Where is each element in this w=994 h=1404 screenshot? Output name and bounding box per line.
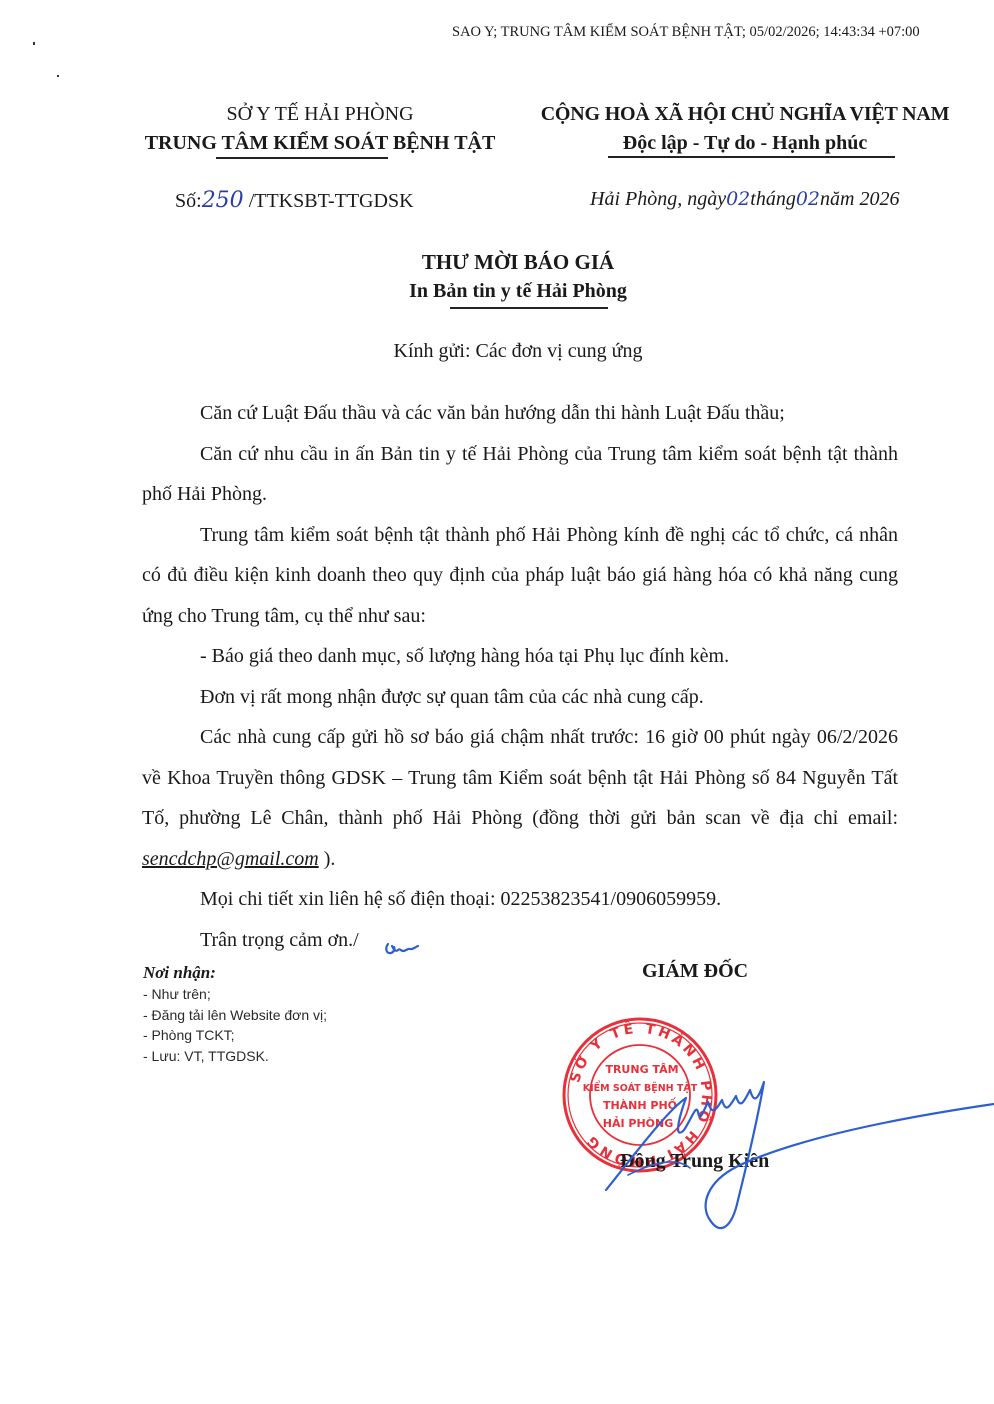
date-month-label: tháng <box>750 188 796 210</box>
department-name: SỞ Y TẾ HẢI PHÒNG <box>100 100 540 128</box>
reference-code: /TTKSBT-TTGDSK <box>249 190 414 212</box>
body-paragraph: Trân trọng cảm ơn./ <box>142 920 898 961</box>
body-paragraph: Mọi chi tiết xin liên hệ số điện thoại: … <box>142 879 898 920</box>
digital-copy-stamp: SAO Y; TRUNG TÂM KIỂM SOÁT BỆNH TẬT; 05/… <box>452 24 920 41</box>
body-paragraph: Căn cứ nhu cầu in ấn Bản tin y tế Hải Ph… <box>142 434 898 515</box>
scan-speck <box>33 42 35 45</box>
body-paragraph-submission: Các nhà cung cấp gửi hồ sơ báo giá chậm … <box>142 717 898 879</box>
scan-speck <box>57 75 59 77</box>
date-day: 02 <box>726 188 750 210</box>
submission-text-end: ). <box>319 848 336 870</box>
submission-text: Các nhà cung cấp gửi hồ sơ báo giá chậm … <box>142 726 898 829</box>
title-subtitle: In Bản tin y tế Hải Phòng <box>0 276 994 306</box>
issuer-underline <box>216 157 388 159</box>
recipient-item: - Đăng tải lên Website đơn vị; <box>143 1005 327 1026</box>
recipients-heading: Nơi nhận: <box>143 962 327 984</box>
recipient-item: - Như trên; <box>143 984 327 1005</box>
date-month: 02 <box>796 188 820 210</box>
issue-date: Hải Phòng, ngày02tháng02năm 2026 <box>590 188 899 211</box>
date-year: năm 2026 <box>820 188 899 210</box>
organization-name: TRUNG TÂM KIỂM SOÁT BỆNH TẬT <box>100 128 540 158</box>
body-paragraph: - Báo giá theo danh mục, số lượng hàng h… <box>142 636 898 677</box>
national-motto: Độc lập - Tự do - Hạnh phúc <box>520 128 970 158</box>
reference-prefix: Số: <box>175 190 202 212</box>
recipient-item: - Phòng TCKT; <box>143 1025 327 1046</box>
reference-number: 250 <box>202 188 244 213</box>
document-reference: Số:250 /TTKSBT-TTGDSK <box>175 188 414 213</box>
signer-position: GIÁM ĐỐC <box>642 960 748 983</box>
body-paragraph: Căn cứ Luật Đấu thầu và các văn bản hướn… <box>142 393 898 434</box>
national-header: CỘNG HOÀ XÃ HỘI CHỦ NGHĨA VIỆT NAM Độc l… <box>520 100 970 158</box>
letter-body: Căn cứ Luật Đấu thầu và các văn bản hướn… <box>142 393 898 960</box>
nation-name: CỘNG HOÀ XÃ HỘI CHỦ NGHĨA VIỆT NAM <box>520 100 970 128</box>
body-paragraph: Trung tâm kiểm soát bệnh tật thành phố H… <box>142 515 898 637</box>
motto-underline <box>608 156 895 158</box>
greeting: Kính gửi: Các đơn vị cung ứng <box>0 340 994 363</box>
email-link[interactable]: sencdchp@gmail.com <box>142 848 319 870</box>
handwritten-signature-icon <box>598 1060 994 1240</box>
recipients-block: Nơi nhận: - Như trên; - Đăng tải lên Web… <box>143 962 327 1066</box>
title-main: THƯ MỜI BÁO GIÁ <box>0 248 994 276</box>
document-title: THƯ MỜI BÁO GIÁ In Bản tin y tế Hải Phòn… <box>0 248 994 306</box>
date-place: Hải Phòng, ngày <box>590 188 726 210</box>
recipient-item: - Lưu: VT, TTGDSK. <box>143 1046 327 1067</box>
body-paragraph: Đơn vị rất mong nhận được sự quan tâm củ… <box>142 677 898 718</box>
initial-mark-icon <box>382 934 422 960</box>
issuer-header: SỞ Y TẾ HẢI PHÒNG TRUNG TÂM KIỂM SOÁT BỆ… <box>100 100 540 158</box>
title-underline <box>450 307 608 309</box>
